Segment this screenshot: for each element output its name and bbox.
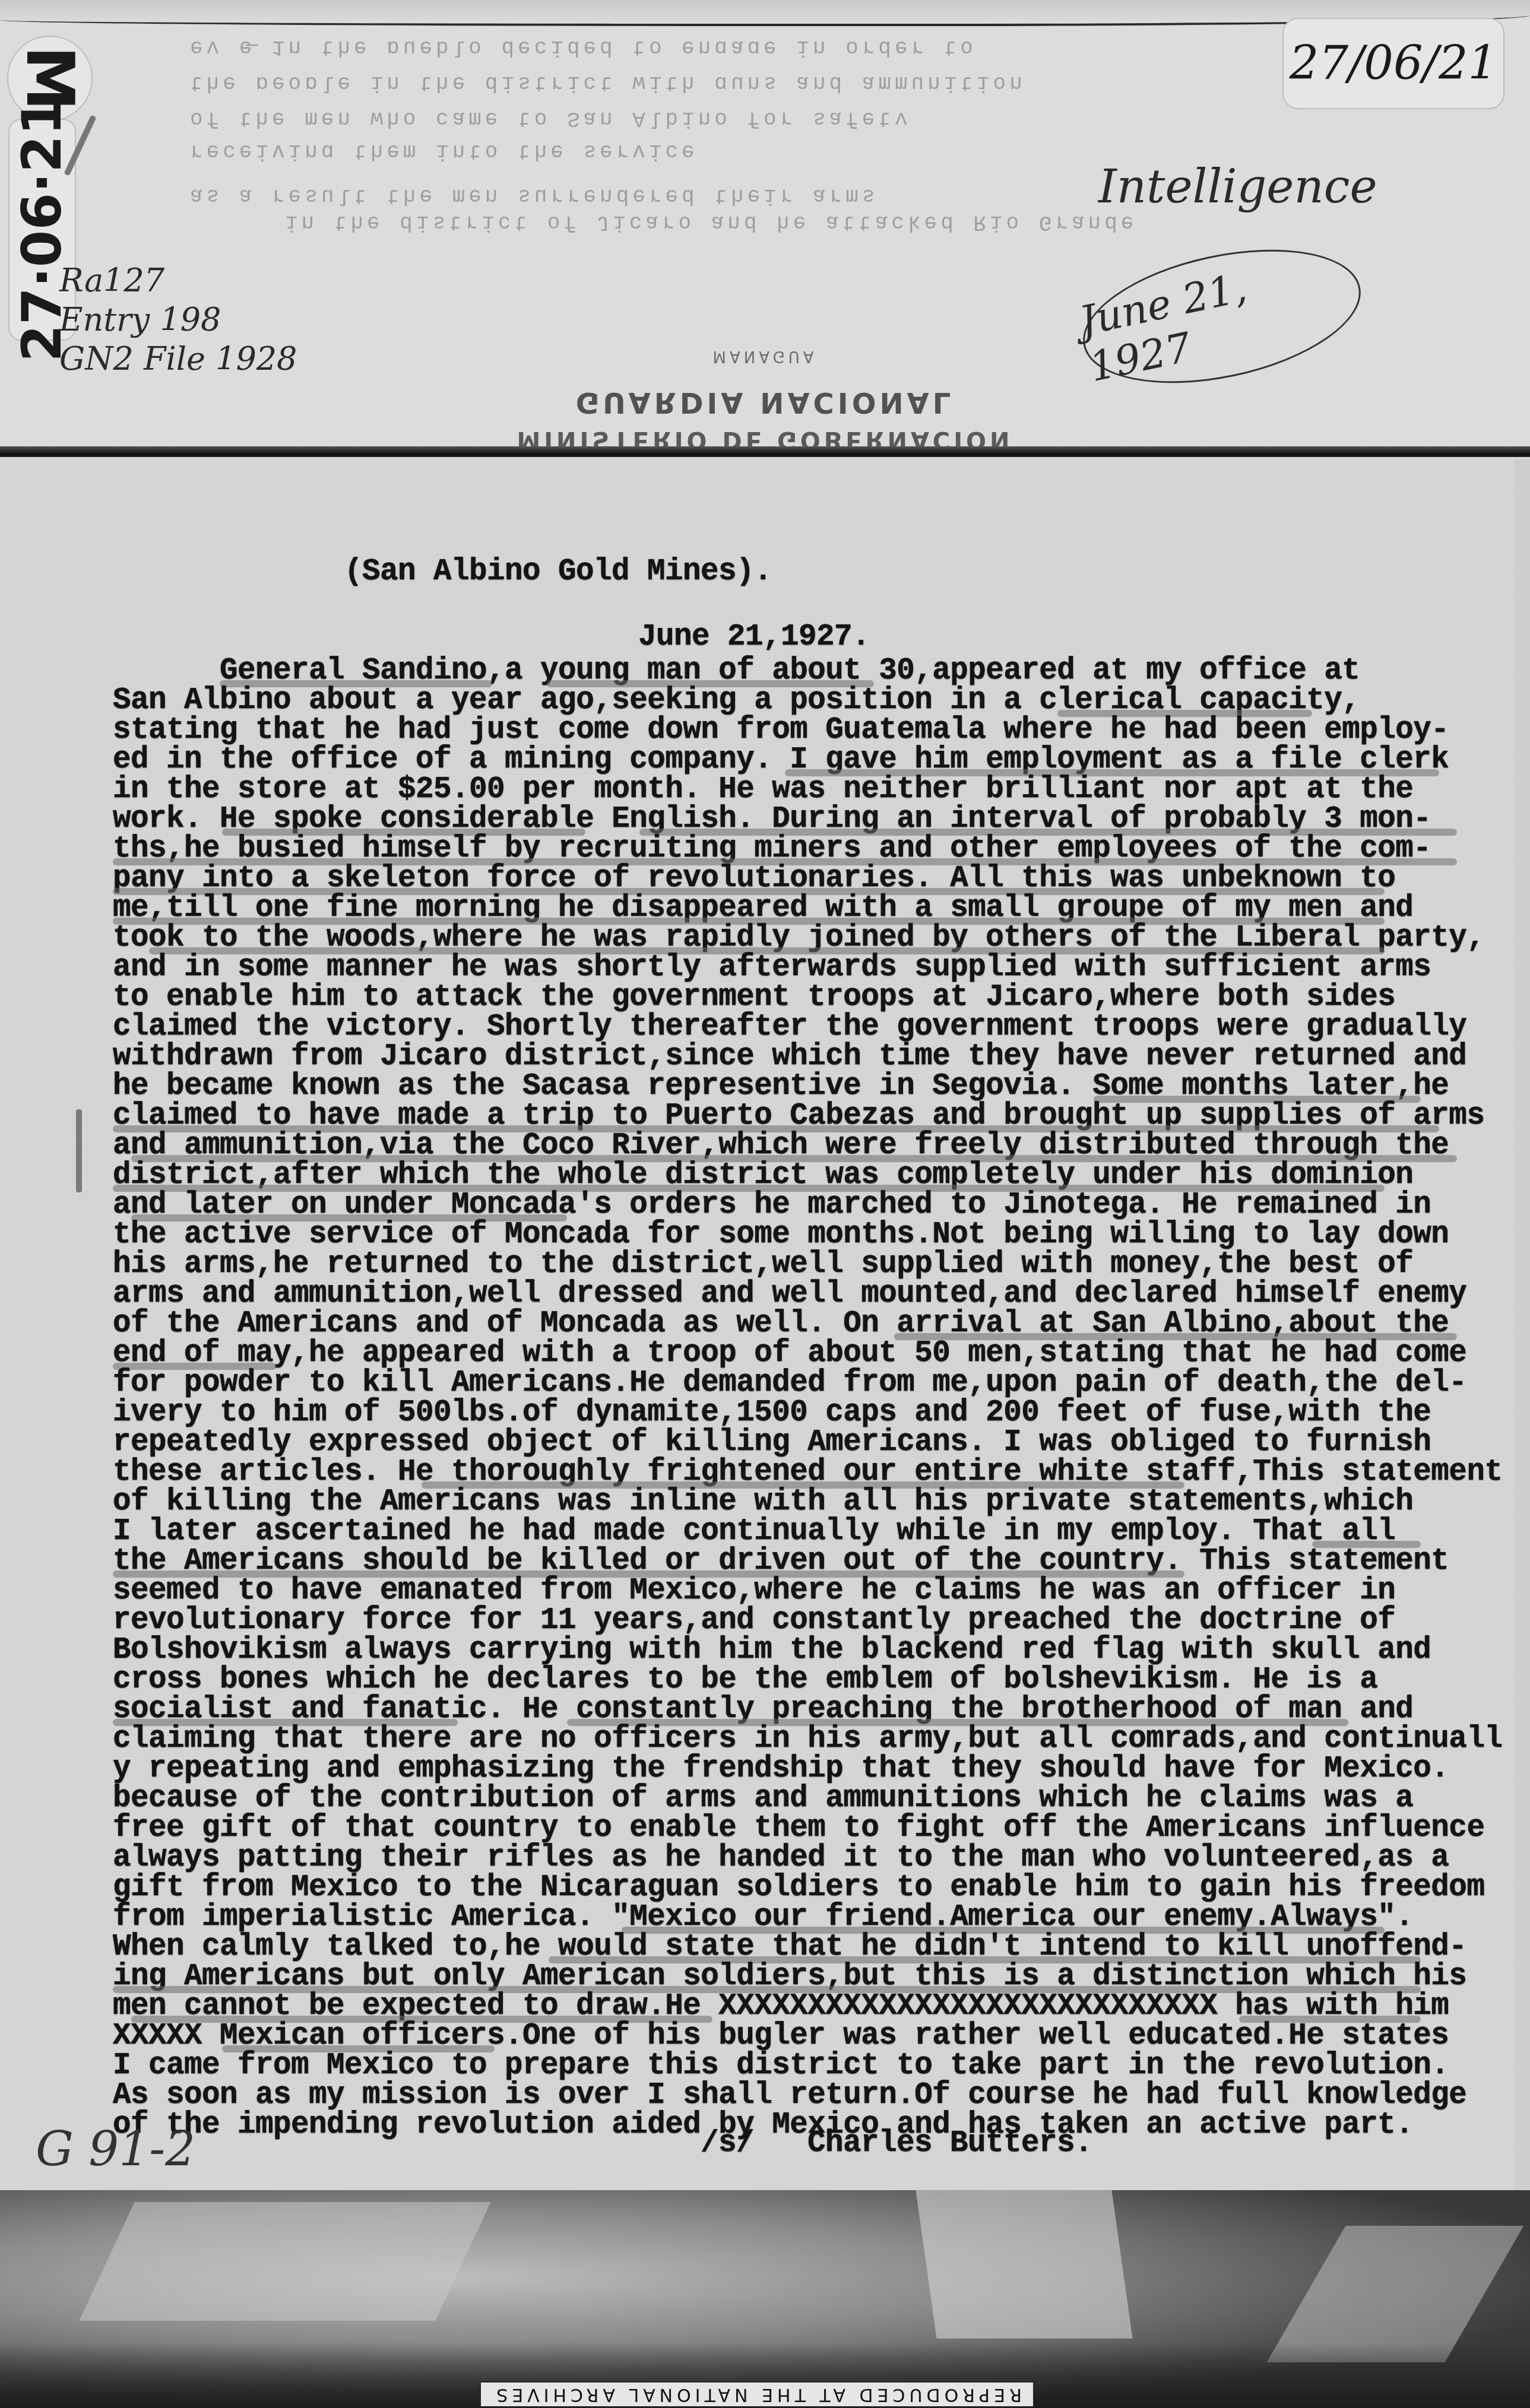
bleed-through-text: the people in the district with guns and… <box>190 77 1354 95</box>
document-line: General Sandino,a young man of about 30,… <box>113 656 1502 686</box>
paper-fold <box>916 2190 1132 2339</box>
document-line: he became known as the Sacasa representi… <box>113 1072 1502 1102</box>
document-line: his arms,he returned to the district,wel… <box>113 1250 1502 1280</box>
document-line: ivery to him of 500lbs.of dynamite,1500 … <box>113 1398 1502 1428</box>
document-body: General Sandino,a young man of about 30,… <box>113 656 1502 2140</box>
line-text: y repeating and emphasizing the frendshi… <box>113 1752 1449 1786</box>
document-line: took to the woods,where he was rapidly j… <box>113 924 1502 953</box>
document-line: work. He spoke considerable English. Dur… <box>113 805 1502 835</box>
line-text: took to the woods,where he was rapidly j… <box>113 921 1484 955</box>
document-line: the active service of Moncada for some m… <box>113 1220 1502 1250</box>
line-text: the active service of Moncada for some m… <box>113 1218 1449 1252</box>
line-text: repeatedly expressed object of killing A… <box>113 1426 1431 1460</box>
line-text: claimed to have made a trip to Puerto Ca… <box>113 1099 1484 1133</box>
document-line: for powder to kill Americans.He demanded… <box>113 1369 1502 1398</box>
document-line: When calmly talked to,he would state tha… <box>113 1933 1502 1962</box>
document-line: arms and ammunition,well dressed and wel… <box>113 1280 1502 1309</box>
crumpled-bottom-edge <box>0 2190 1530 2408</box>
line-text: for powder to kill Americans.He demanded… <box>113 1366 1466 1400</box>
sticker-date: 27/06/21 <box>1290 37 1497 90</box>
line-text: work. He spoke considerable English. Dur… <box>113 802 1431 836</box>
handwritten-file-mark: G 91-2 <box>36 2121 195 2177</box>
date-sticker-top-right: 27/06/21 <box>1282 18 1504 109</box>
document-line: always patting their rifles as he handed… <box>113 1844 1502 1873</box>
line-text: and in some manner he was shortly afterw… <box>113 951 1431 985</box>
line-text: socialist and fanatic. He constantly pre… <box>113 1693 1413 1727</box>
document-line: to enable him to attack the government t… <box>113 983 1502 1013</box>
document-line: pany into a skeleton force of revolution… <box>113 864 1502 894</box>
document-line: withdrawn from Jicaro district,since whi… <box>113 1042 1502 1072</box>
line-text: stating that he had just come down from … <box>113 713 1449 747</box>
bleed-through-text: in the district of Jicaro and he attacke… <box>285 217 1294 234</box>
document-line: San Albino about a year ago,seeking a po… <box>113 686 1502 716</box>
document-line: and ammunition,via the Coco River,which … <box>113 1131 1502 1161</box>
document-line: revolutionary force for 11 years,and con… <box>113 1606 1502 1636</box>
bleed-through-text: as a result the men surrendered their ar… <box>190 190 1199 208</box>
line-text: me,till one fine morning he disappeared … <box>113 892 1413 925</box>
document-line: claiming that there are no officers in h… <box>113 1725 1502 1755</box>
line-text: arms and ammunition,well dressed and wel… <box>113 1277 1466 1311</box>
circled-handwritten-date: June 21, 1927 <box>1071 227 1373 405</box>
document-line: free gift of that country to enable them… <box>113 1814 1502 1844</box>
document-line: men cannot be expected to draw.He XXXXXX… <box>113 1992 1502 2022</box>
line-text: claiming that there are no officers in h… <box>113 1722 1502 1756</box>
line-text: the Americans should be killed or driven… <box>113 1544 1449 1578</box>
line-text: because of the contribution of arms and … <box>113 1782 1413 1816</box>
line-text: I came from Mexico to prepare this distr… <box>113 2049 1449 2083</box>
typed-document-page: (San Albino Gold Mines). June 21,1927. G… <box>0 459 1530 2190</box>
line-text: San Albino about a year ago,seeking a po… <box>113 684 1360 718</box>
margin-mark <box>76 1109 82 1192</box>
document-line: As soon as my mission is over I shall re… <box>113 2081 1502 2111</box>
line-text: ed in the office of a mining company. I … <box>113 743 1449 777</box>
document-line: ed in the office of a mining company. I … <box>113 745 1502 775</box>
line-text: from imperialistic America. "Mexico our … <box>113 1901 1413 1934</box>
letterhead-city: MANAGUA <box>0 347 1530 365</box>
document-line: XXXXX Mexican officers.One of his bugler… <box>113 2022 1502 2051</box>
page-edge-shade <box>1515 459 1530 2190</box>
document-line: ths,he busied himself by recruiting mine… <box>113 835 1502 864</box>
document-line: stating that he had just come down from … <box>113 716 1502 745</box>
line-text: I later ascertained he had made continua… <box>113 1515 1395 1549</box>
document-line: seemed to have emanated from Mexico,wher… <box>113 1576 1502 1606</box>
line-text: revolutionary force for 11 years,and con… <box>113 1604 1395 1638</box>
line-text: always patting their rifles as he handed… <box>113 1841 1449 1875</box>
line-text: these articles. He thoroughly frightened… <box>113 1455 1502 1489</box>
document-line: and in some manner he was shortly afterw… <box>113 953 1502 983</box>
bleed-through-text: of the men who came to San Albino for sa… <box>190 113 1354 131</box>
document-line: end of may,he appeared with a troop of a… <box>113 1339 1502 1369</box>
bleed-through-text: ey e̶ 1n the pueblo decided to engage in… <box>190 42 1354 59</box>
document-date: June 21,1927. <box>638 623 870 652</box>
paper-fold <box>1267 2226 1524 2362</box>
document-line: from imperialistic America. "Mexico our … <box>113 1903 1502 1933</box>
document-line: the Americans should be killed or driven… <box>113 1547 1502 1576</box>
line-text: his arms,he returned to the district,wel… <box>113 1248 1413 1281</box>
handwritten-date: June 21, 1927 <box>1076 242 1369 391</box>
document-line: gift from Mexico to the Nicaraguan soldi… <box>113 1873 1502 1903</box>
line-text: end of may,he appeared with a troop of a… <box>113 1337 1466 1370</box>
reference-record-group: Ra127 <box>59 261 297 300</box>
line-text: he became known as the Sacasa representi… <box>113 1070 1449 1103</box>
line-text: free gift of that country to enable them… <box>113 1811 1484 1845</box>
document-line: and later on under Moncada's orders he m… <box>113 1191 1502 1220</box>
line-text: district,after which the whole district … <box>113 1159 1413 1192</box>
document-line: me,till one fine morning he disappeared … <box>113 894 1502 924</box>
reference-entry: Entry 198 <box>59 300 297 340</box>
line-text: to enable him to attack the government t… <box>113 981 1395 1014</box>
document-line: cross bones which he declares to be the … <box>113 1665 1502 1695</box>
document-line: ing Americans but only American soldiers… <box>113 1962 1502 1992</box>
header-divider <box>0 446 1530 457</box>
document-line: claimed to have made a trip to Puerto Ca… <box>113 1102 1502 1131</box>
line-text: When calmly talked to,he would state tha… <box>113 1930 1466 1964</box>
document-line: because of the contribution of arms and … <box>113 1784 1502 1814</box>
line-text: withdrawn from Jicaro district,since whi… <box>113 1040 1466 1074</box>
line-text: cross bones which he declares to be the … <box>113 1663 1377 1697</box>
line-text: and later on under Moncada's orders he m… <box>113 1188 1431 1222</box>
line-text: claimed the victory. Shortly thereafter … <box>113 1010 1466 1044</box>
line-text: ing Americans but only American soldiers… <box>113 1960 1466 1994</box>
document-line: I came from Mexico to prepare this distr… <box>113 2051 1502 2081</box>
letterhead-organization: GUARDIA NACIONAL <box>0 386 1530 419</box>
line-text: in the store at $25.00 per month. He was… <box>113 773 1413 807</box>
document-line: of the Americans and of Moncada as well.… <box>113 1309 1502 1339</box>
line-text: of the Americans and of Moncada as well.… <box>113 1307 1449 1341</box>
handwritten-category: Intelligence <box>1098 160 1377 214</box>
line-text: ivery to him of 500lbs.of dynamite,1500 … <box>113 1396 1431 1430</box>
line-text: men cannot be expected to draw.He XXXXXX… <box>113 1990 1449 2023</box>
document-line: I later ascertained he had made continua… <box>113 1517 1502 1547</box>
signature: /s/ Charles Butters. <box>701 2129 1092 2159</box>
line-text: As soon as my mission is over I shall re… <box>113 2079 1466 2112</box>
line-text: ths,he busied himself by recruiting mine… <box>113 832 1431 866</box>
document-line: Bolshovikism always carrying with him th… <box>113 1636 1502 1665</box>
line-text: pany into a skeleton force of revolution… <box>113 862 1395 896</box>
document-line: in the store at $25.00 per month. He was… <box>113 775 1502 805</box>
document-line: y repeating and emphasizing the frendshi… <box>113 1755 1502 1784</box>
document-line: these articles. He thoroughly frightened… <box>113 1458 1502 1487</box>
archive-stamp: REPRODUCED AT THE NATIONAL ARCHIVES <box>480 2381 1034 2407</box>
document-line: repeatedly expressed object of killing A… <box>113 1428 1502 1458</box>
document-line: district,after which the whole district … <box>113 1161 1502 1191</box>
line-text: General Sandino,a young man of about 30,… <box>220 654 1360 688</box>
paper-fold <box>79 2202 490 2321</box>
line-text: XXXXX Mexican officers.One of his bugler… <box>113 2019 1449 2053</box>
document-line: claimed the victory. Shortly thereafter … <box>113 1013 1502 1042</box>
line-text: gift from Mexico to the Nicaraguan soldi… <box>113 1871 1484 1905</box>
document-subtitle: (San Albino Gold Mines). <box>344 557 772 587</box>
line-text: and ammunition,via the Coco River,which … <box>113 1129 1449 1163</box>
document-line: of killing the Americans was inline with… <box>113 1487 1502 1517</box>
line-text: Bolshovikism always carrying with him th… <box>113 1633 1431 1667</box>
line-text: seemed to have emanated from Mexico,wher… <box>113 1574 1395 1608</box>
attached-header-sheet: ey e̶ 1n the pueblo decided to engage in… <box>0 0 1530 457</box>
document-line: socialist and fanatic. He constantly pre… <box>113 1695 1502 1725</box>
line-text: of killing the Americans was inline with… <box>113 1485 1413 1519</box>
